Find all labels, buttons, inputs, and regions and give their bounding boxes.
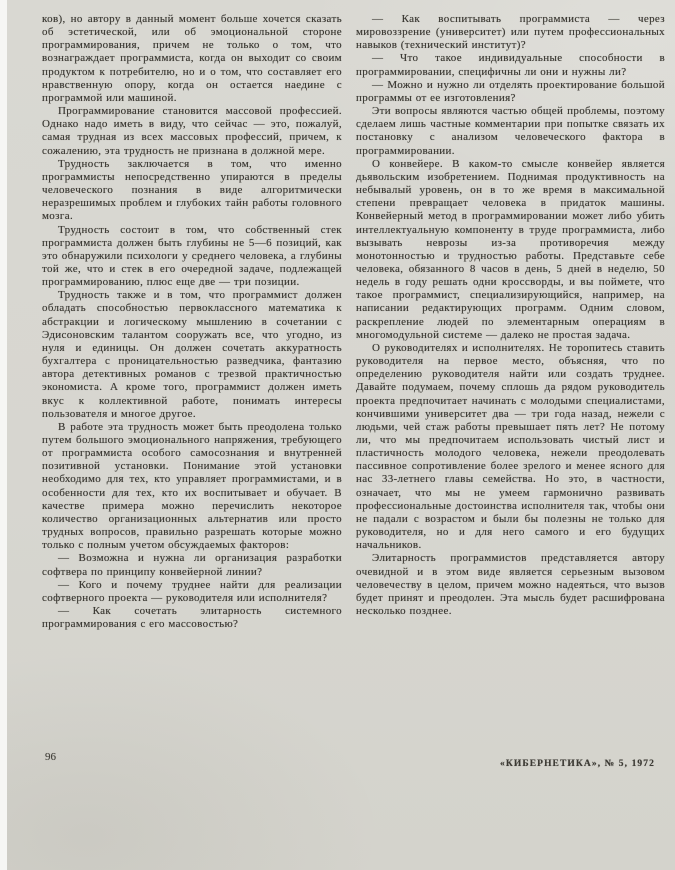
journal-reference: «КИБЕРНЕТИКА», № 5, 1972 xyxy=(500,759,655,769)
scanned-document: { "document": { "kind": "scanned journal… xyxy=(0,0,675,870)
paragraph: Эти вопросы являются частью общей пробле… xyxy=(356,105,665,158)
paragraph: О руководителях и исполнителях. Не тороп… xyxy=(356,342,665,553)
paragraph: — Возможна и нужна ли организация разраб… xyxy=(42,552,342,578)
paragraph: Программирование становится массовой про… xyxy=(42,105,342,158)
page-number: 96 xyxy=(45,751,56,763)
left-text-column: ков), но автору в данный момент больше х… xyxy=(42,13,342,631)
paragraph: — Что такое индивидуальные способности в… xyxy=(356,52,665,78)
paragraph: — Как воспитывать программиста — через м… xyxy=(356,13,665,52)
paper-background: ков), но автору в данный момент больше х… xyxy=(7,0,675,870)
paragraph: Трудность состоит в том, что собственный… xyxy=(42,224,342,290)
right-text-column: — Как воспитывать программиста — через м… xyxy=(356,13,665,618)
paragraph: Трудность заключается в том, что именно … xyxy=(42,158,342,224)
paragraph: — Можно и нужно ли отделять проектирован… xyxy=(356,79,665,105)
paragraph: О конвейере. В каком-то смысле конвейер … xyxy=(356,158,665,342)
paragraph: В работе эта трудность может быть преодо… xyxy=(42,421,342,553)
paragraph: ков), но автору в данный момент больше х… xyxy=(42,13,342,105)
paragraph: Элитарность программистов представляется… xyxy=(356,552,665,618)
paragraph: Трудность также и в том, что программист… xyxy=(42,289,342,421)
paragraph: — Кого и почему труднее найти для реализ… xyxy=(42,579,342,605)
paragraph: — Как сочетать элитарность системного пр… xyxy=(42,605,342,631)
